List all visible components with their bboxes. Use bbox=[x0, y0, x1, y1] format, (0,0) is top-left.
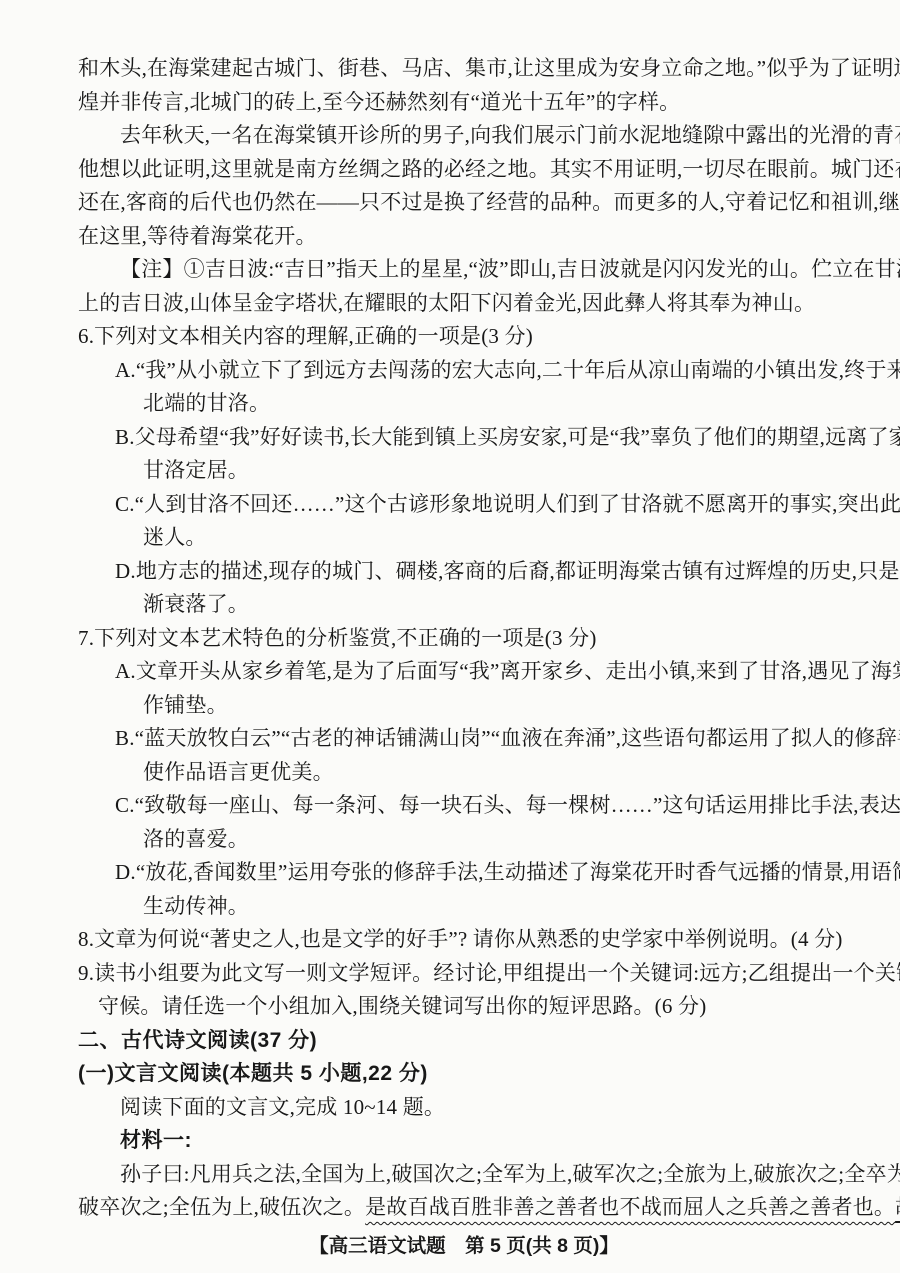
question-7-option-b-line1: B.“蓝天放牧白云”“古老的神话铺满山岗”“血液在奔涌”,这些语句都运用了拟人的… bbox=[78, 722, 850, 756]
scanned-exam-sheet: { "doc": { "passage": { "p1a": "和木头,在海棠建… bbox=[0, 0, 900, 1273]
question-9-line1: 9.读书小组要为此文写一则文学短评。经讨论,甲组提出一个关键词:远方;乙组提出一… bbox=[78, 957, 850, 991]
passage-paragraph2-line4: 在这里,等待着海棠花开。 bbox=[78, 220, 850, 254]
question-7-option-b-line2: 使作品语言更优美。 bbox=[78, 756, 850, 790]
passage-paragraph2-line2: 他想以此证明,这里就是南方丝绸之路的必经之地。其实不用证明,一切尽在眼前。城门还… bbox=[78, 153, 850, 187]
question-7-stem: 7.下列对文本艺术特色的分析鉴赏,不正确的一项是(3 分) bbox=[78, 622, 850, 656]
question-6-option-c-line1: C.“人到甘洛不回还……”这个古谚形象地说明人们到了甘洛就不愿离开的事实,突出此… bbox=[78, 488, 850, 522]
question-7-option-d-line1: D.“放花,香闻数里”运用夸张的修辞手法,生动描述了海棠花开时香气远播的情景,用… bbox=[78, 856, 850, 890]
question-6-stem: 6.下列对文本相关内容的理解,正确的一项是(3 分) bbox=[78, 320, 850, 354]
question-7-option-c-line1: C.“致敬每一座山、每一条河、每一块石头、每一棵树……”这句话运用排比手法,表达… bbox=[78, 789, 850, 823]
question-6-option-c-line2: 迷人。 bbox=[78, 521, 850, 555]
passage-paragraph2-line1: 去年秋天,一名在海棠镇开诊所的男子,向我们展示门前水泥地缝隙中露出的光滑的青石路… bbox=[78, 119, 850, 153]
page-footer: 【高三语文试题 第 5 页(共 8 页)】 bbox=[78, 1230, 850, 1258]
question-8-stem: 8.文章为何说“著史之人,也是文学的好手”? 请你从熟悉的史学家中举例说明。(4… bbox=[78, 923, 850, 957]
classical-wavy-underlined-segment: 是故百战百胜非善之善者也不战而屈人之兵善之善者也。 bbox=[365, 1195, 895, 1219]
question-6-option-b-line2: 甘洛定居。 bbox=[78, 454, 850, 488]
material-1-label: 材料一: bbox=[78, 1124, 850, 1158]
passage-note-line1: 【注】①吉日波:“吉日”指天上的星星,“波”即山,吉日波就是闪闪发光的山。伫立在… bbox=[78, 253, 850, 287]
question-7-option-a-line2: 作铺垫。 bbox=[78, 689, 850, 723]
classical-passage-line2: 破卒次之;全伍为上,破伍次之。是故百战百胜非善之善者也不战而屈人之兵善之善者也。… bbox=[78, 1191, 850, 1225]
section-2-subsection-1-heading: (一)文言文阅读(本题共 5 小题,22 分) bbox=[78, 1057, 850, 1091]
passage-paragraph1-line1: 和木头,在海棠建起古城门、街巷、马店、集市,让这里成为安身立命之地。”似乎为了证… bbox=[78, 52, 850, 86]
classical-reading-intro: 阅读下面的文言文,完成 10~14 题。 bbox=[78, 1091, 850, 1125]
question-6-option-d-line2: 渐衰落了。 bbox=[78, 588, 850, 622]
classical-underlined-segment: 故上兵 bbox=[895, 1195, 900, 1219]
classical-passage-line1: 孙子曰:凡用兵之法,全国为上,破国次之;全军为上,破军次之;全旅为上,破旅次之;… bbox=[78, 1158, 850, 1192]
question-6-option-b-line1: B.父母希望“我”好好读书,长大能到镇上买房安家,可是“我”辜负了他们的期望,远… bbox=[78, 421, 850, 455]
question-9-line2: 守候。请任选一个小组加入,围绕关键词写出你的短评思路。(6 分) bbox=[78, 990, 850, 1024]
question-7-option-c-line2: 洛的喜爱。 bbox=[78, 823, 850, 857]
passage-note-line2: 上的吉日波,山体呈金字塔状,在耀眼的太阳下闪着金光,因此彝人将其奉为神山。 bbox=[78, 287, 850, 321]
question-7-option-d-line2: 生动传神。 bbox=[78, 890, 850, 924]
passage-paragraph2-line3: 还在,客商的后代也仍然在——只不过是换了经营的品种。而更多的人,守着记忆和祖训,… bbox=[78, 186, 850, 220]
section-2-heading: 二、古代诗文阅读(37 分) bbox=[78, 1024, 850, 1058]
question-7-option-a-line1: A.文章开头从家乡着笔,是为了后面写“我”离开家乡、走出小镇,来到了甘洛,遇见了… bbox=[78, 655, 850, 689]
question-6-option-a-line1: A.“我”从小就立下了到远方去闯荡的宏大志向,二十年后从凉山南端的小镇出发,终于… bbox=[78, 354, 850, 388]
question-6-option-d-line1: D.地方志的描述,现存的城门、碉楼,客商的后裔,都证明海棠古镇有过辉煌的历史,只… bbox=[78, 555, 850, 589]
classical-plain-segment: 破卒次之;全伍为上,破伍次之。 bbox=[78, 1195, 365, 1219]
passage-paragraph1-line2: 煌并非传言,北城门的砖上,至今还赫然刻有“道光十五年”的字样。 bbox=[78, 86, 850, 120]
question-6-option-a-line2: 北端的甘洛。 bbox=[78, 387, 850, 421]
exam-page-content: 和木头,在海棠建起古城门、街巷、马店、集市,让这里成为安身立命之地。”似乎为了证… bbox=[78, 52, 850, 1273]
